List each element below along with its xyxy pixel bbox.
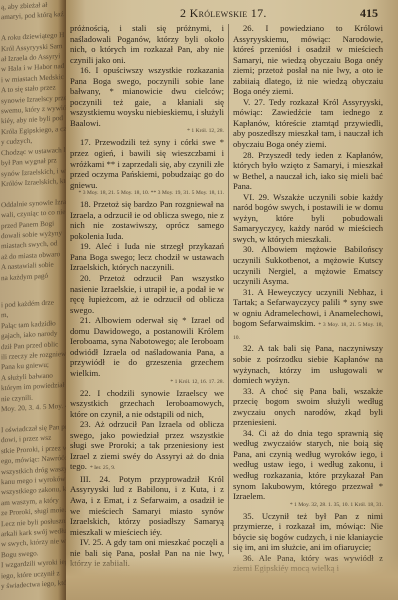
verse-paragraph: próżnością, i stali się próżnymi, i naśl… bbox=[70, 23, 224, 65]
left-text-column: próżnością, i stali się próżnymi, i naśl… bbox=[70, 23, 224, 569]
verse-text: VI. 29. Wszakże uczynili sobie każdy nar… bbox=[233, 192, 383, 244]
verse-paragraph: IV. 25. A gdy tam oni mieszkać poczęli a… bbox=[70, 537, 224, 569]
verse-paragraph: 18. Przetoż się bardzo Pan rozgniewał na… bbox=[70, 199, 224, 241]
verse-paragraph: 26. I powiedziano to Królowi Assyryyskie… bbox=[233, 23, 383, 97]
cross-reference: * 3 Moy. 18, 21. 5 Moy. 18, 10. ** 3 Moy… bbox=[70, 190, 224, 197]
right-text-column: 26. I powiedziano to Królowi Assyryyskie… bbox=[233, 23, 383, 574]
verse-paragraph: 21. Albowiem oderwał się * Izrael od dom… bbox=[70, 315, 224, 378]
cross-reference: * 1 Moy. 32, 28. 1. 35, 10. 1 Król. 18, … bbox=[233, 502, 383, 509]
column-divider bbox=[228, 24, 229, 554]
verse-text: próżnością, i stali się próżnymi, i naśl… bbox=[70, 23, 224, 65]
verse-text: 23. Aż odrzucił Pan Izraela od oblicza s… bbox=[70, 419, 224, 471]
verse-text: 17. Przewodzili też syny i córki swe * p… bbox=[70, 137, 224, 189]
verse-paragraph: 22. I chodzili synowie Izraelscy we wszy… bbox=[70, 388, 224, 420]
verse-text: 26. I powiedziano to Królowi Assyryyskie… bbox=[233, 23, 383, 96]
verse-text: 16. I opuściwszy wszystkie rozkazania Pa… bbox=[70, 65, 224, 128]
verse-paragraph: 35. Uczynił też był Pan z nimi przymierz… bbox=[233, 511, 383, 553]
book-page: 2 Królewskie 17. 415 próżnością, i stali… bbox=[66, 0, 398, 600]
verse-paragraph: V. 27. Tedy rozkazał Król Assyryyski, mó… bbox=[233, 97, 383, 150]
verse-paragraph: 34. Ci aż do dnia tego sprawnią się wedł… bbox=[233, 428, 383, 502]
verse-paragraph: 32. A tak bali się Pana, naczyniwszy sob… bbox=[233, 343, 383, 385]
verse-text: 18. Przetoż się bardzo Pan rozgniewał na… bbox=[70, 199, 224, 241]
verse-paragraph: 30. Albowiem mężowie Babilońscy uczynili… bbox=[233, 244, 383, 286]
verse-text: 28. Przyszedł tedy ieden z Kapłanów, któ… bbox=[233, 150, 383, 192]
book-chapter-title: 2 Królewskie 17. bbox=[180, 6, 267, 21]
verse-paragraph: 19. Aleć i Iuda nie strzegł przykazań Pa… bbox=[70, 241, 224, 273]
verse-paragraph: 20. Przetoż odrzucił Pan wszystko nasien… bbox=[70, 273, 224, 315]
cross-reference: * 1 Król. 12, 16. 17. 28. bbox=[70, 379, 224, 386]
cross-reference: * 1 Król. 12, 28. bbox=[70, 128, 224, 135]
verse-text: 36. Ale Pana, który was wywiódł z ziemi … bbox=[233, 553, 383, 574]
verse-paragraph: 31. A Heweyczycy uczynili Nebhaz, i Tart… bbox=[233, 287, 383, 344]
verse-paragraph: 16. I opuściwszy wszystkie rozkazania Pa… bbox=[70, 65, 224, 128]
verse-paragraph: III. 24. Potym przyprowadził Król Assyry… bbox=[70, 474, 224, 537]
verse-text: 30. Albowiem mężowie Babilońscy uczynili… bbox=[233, 244, 383, 286]
verse-text: 35. Uczynił też był Pan z nimi przymierz… bbox=[233, 511, 383, 553]
verse-paragraph: 33. A choć się Pana bali, wszakże przeci… bbox=[233, 386, 383, 428]
cross-reference: * Ier. 25, 9. bbox=[90, 465, 115, 471]
verse-text: 32. A tak bali się Pana, naczyniwszy sob… bbox=[233, 343, 383, 385]
verse-text: 34. Ci aż do dnia tego sprawnią się wedł… bbox=[233, 428, 383, 501]
verse-paragraph: 36. Ale Pana, który was wywiódł z ziemi … bbox=[233, 553, 383, 574]
verse-paragraph: 28. Przyszedł tedy ieden z Kapłanów, któ… bbox=[233, 150, 383, 192]
page-number: 415 bbox=[360, 6, 378, 21]
verse-paragraph: 23. Aż odrzucił Pan Izraela od oblicza s… bbox=[70, 419, 224, 474]
verse-text: 33. A choć się Pana bali, wszakże przeci… bbox=[233, 386, 383, 428]
running-head: 2 Królewskie 17. 415 bbox=[66, 3, 398, 21]
verse-text: 21. Albowiem oderwał się * Izrael od dom… bbox=[70, 315, 224, 378]
verse-text: IV. 25. A gdy tam oni mieszkać poczęli a… bbox=[70, 537, 224, 568]
verse-text: 20. Przetoż odrzucił Pan wszystko nasien… bbox=[70, 273, 224, 315]
verse-text: 22. I chodzili synowie Izraelscy we wszy… bbox=[70, 388, 224, 419]
verse-paragraph: 17. Przewodzili też syny i córki swe * p… bbox=[70, 137, 224, 190]
verse-text: III. 24. Potym przyprowadził Król Assyry… bbox=[70, 474, 224, 537]
verse-paragraph: VI. 29. Wszakże uczynili sobie każdy nar… bbox=[233, 192, 383, 245]
verse-text: 19. Aleć i Iuda nie strzegł przykazań Pa… bbox=[70, 241, 224, 272]
verse-text: V. 27. Tedy rozkazał Król Assyryyski, mó… bbox=[233, 97, 383, 149]
